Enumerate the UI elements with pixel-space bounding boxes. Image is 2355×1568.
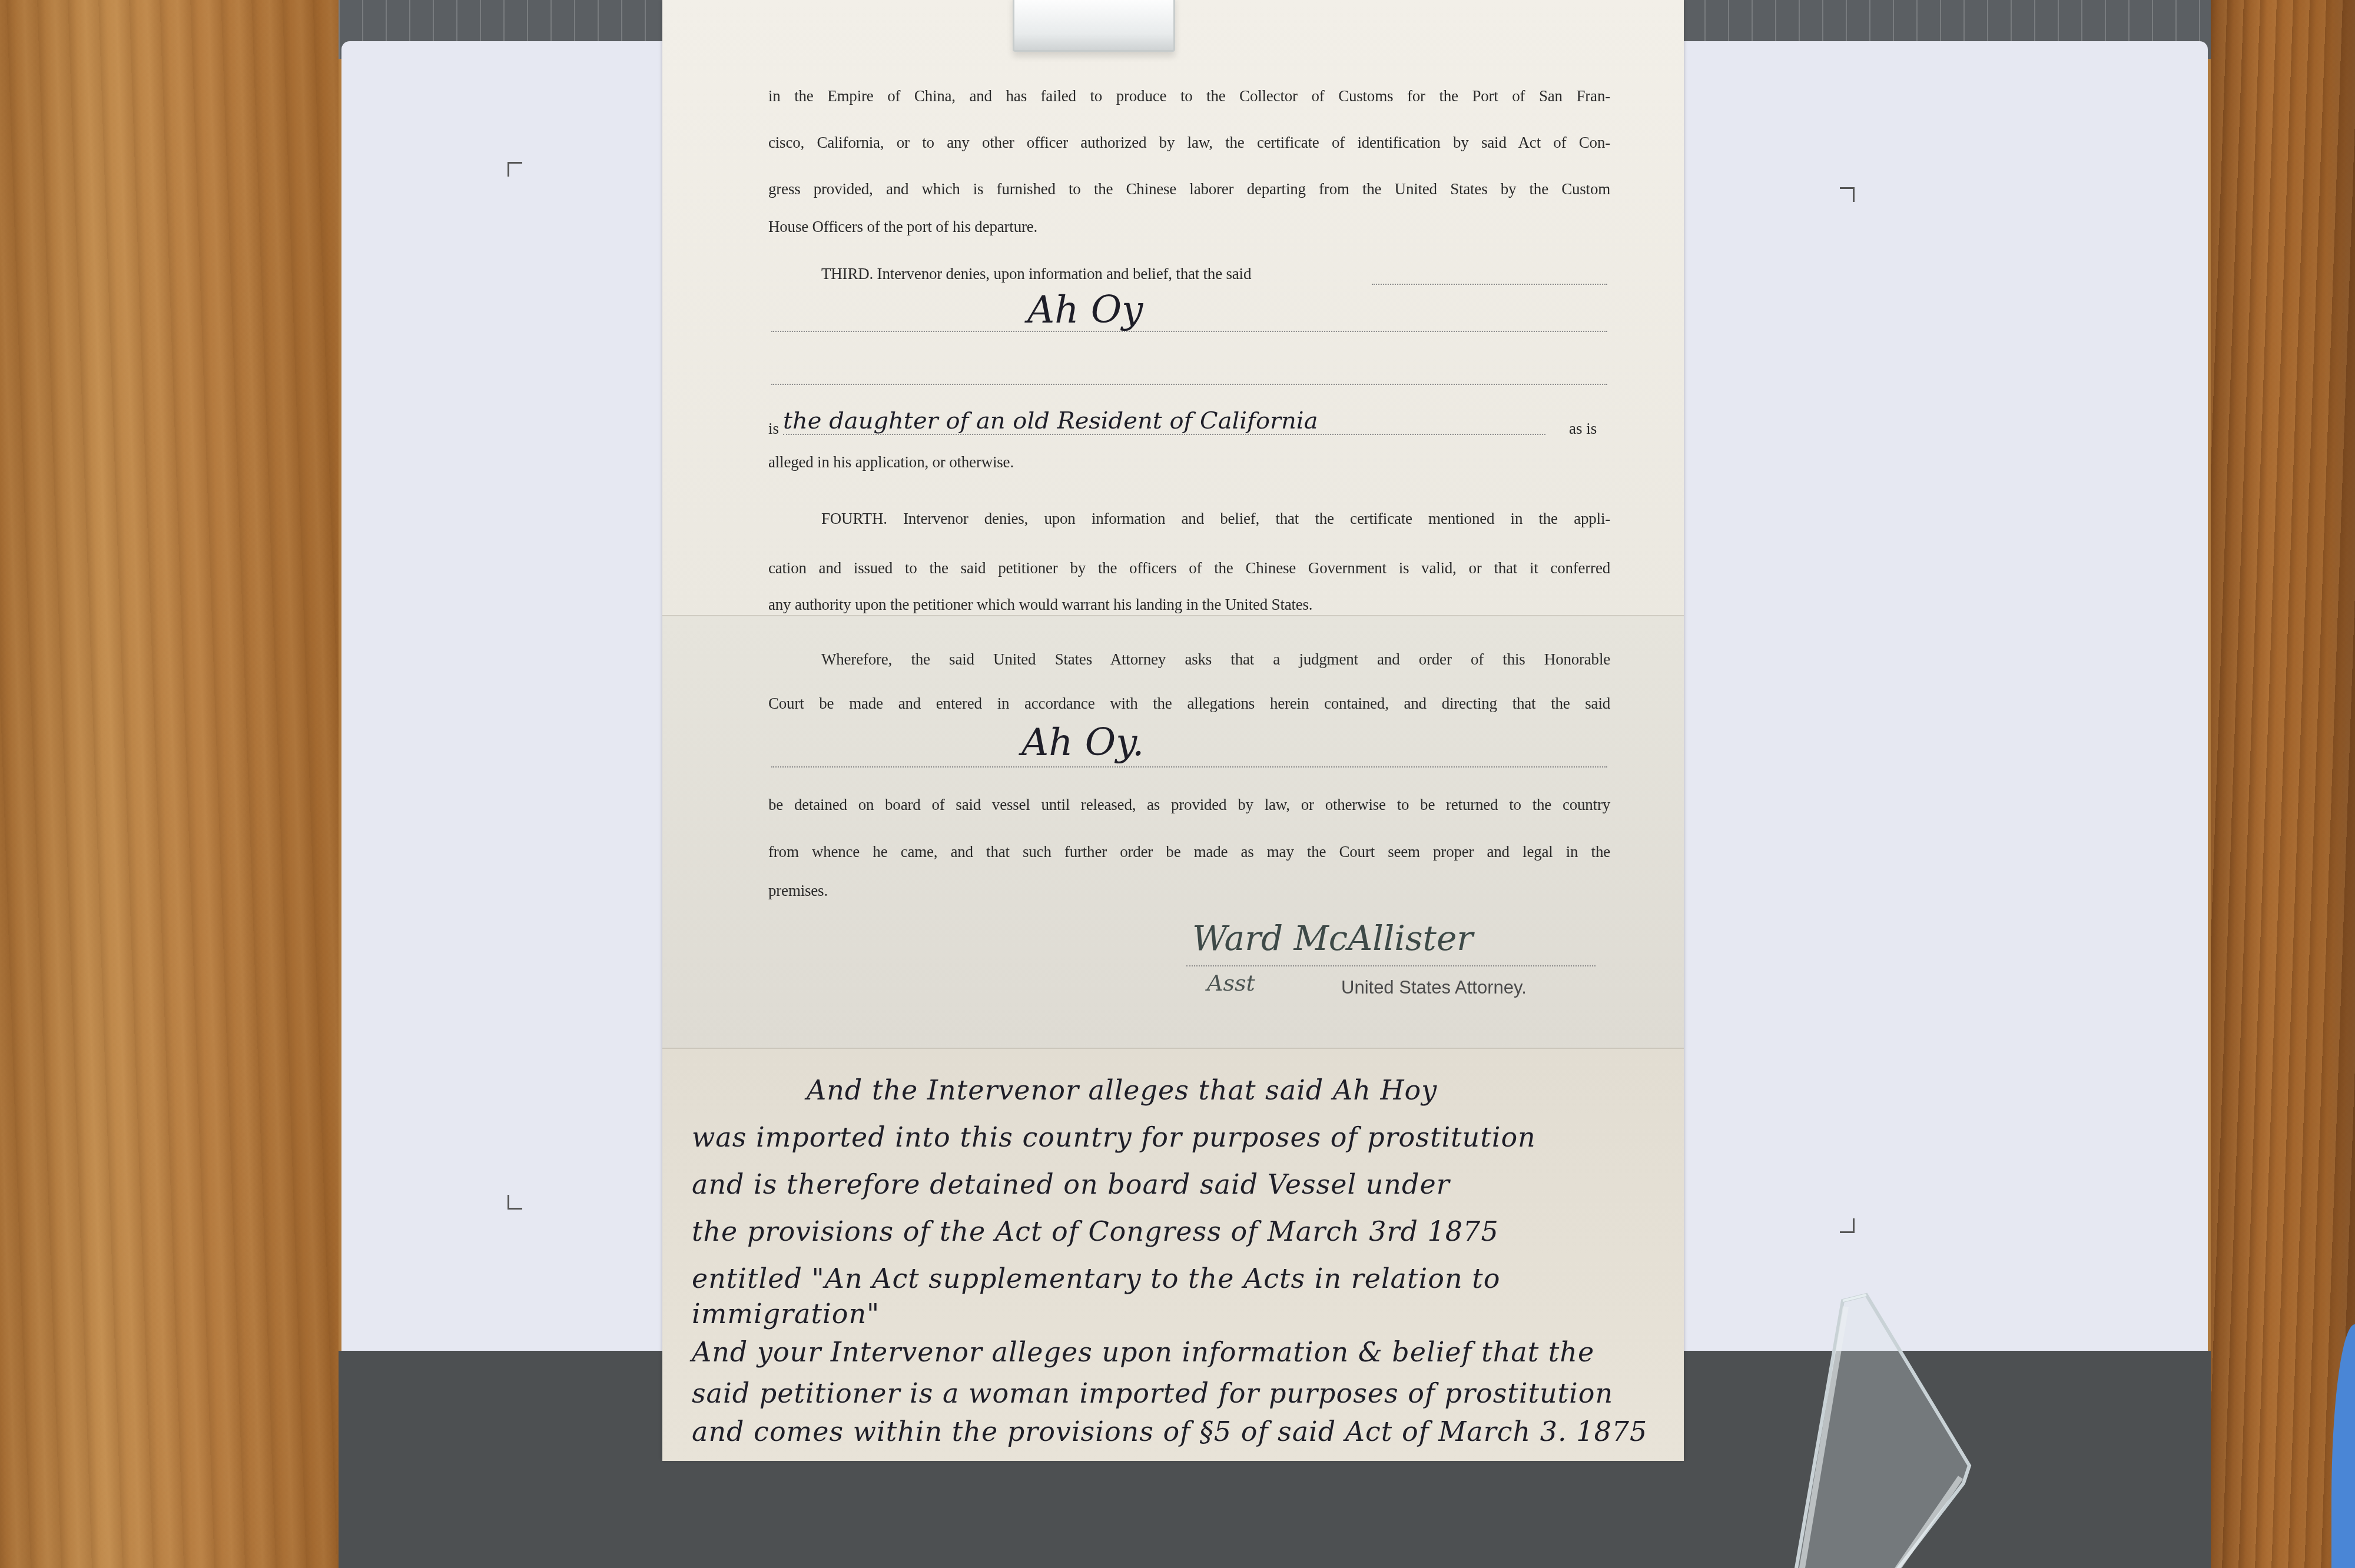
printed-line: be detained on board of said vessel unti… — [768, 796, 1610, 814]
printed-line: cation and issued to the said petitioner… — [768, 559, 1610, 577]
crop-corner-mark — [508, 1195, 522, 1210]
handwritten-line: entitled "An Act supplementary to the Ac… — [692, 1263, 1681, 1294]
printed-line: cisco, California, or to any other offic… — [768, 134, 1610, 152]
document-panel-middle — [662, 615, 1684, 1049]
handwritten-line: the provisions of the Act of Congress of… — [692, 1215, 1681, 1247]
printed-is: is — [768, 420, 779, 438]
handwritten-line: immigration" — [692, 1298, 1681, 1330]
printed-line: from whence he came, and that such furth… — [768, 843, 1610, 861]
printed-line: gress provided, and which is furnished t… — [768, 180, 1610, 198]
handwritten-name: Ah Oy — [1027, 288, 1143, 332]
signature-title: United States Attorney. — [1341, 977, 1527, 998]
handwritten-line: and comes within the provisions of §5 of… — [692, 1416, 1681, 1447]
printed-line: any authority upon the petitioner which … — [768, 596, 1610, 614]
fill-line — [1372, 284, 1607, 285]
third-lead: THIRD. Intervenor denies, upon informati… — [821, 265, 1251, 283]
signature-line — [1186, 965, 1596, 966]
handwritten-line: was imported into this country for purpo… — [692, 1121, 1681, 1153]
handwritten-line: said petitioner is a woman imported for … — [692, 1377, 1681, 1409]
fill-line — [771, 384, 1607, 385]
handwritten-third-fill: the daughter of an old Resident of Calif… — [783, 407, 1318, 434]
handwritten-line: and is therefore detained on board said … — [692, 1168, 1681, 1200]
acrylic-weight-top — [1013, 0, 1175, 52]
printed-line: Wherefore, the said United States Attorn… — [821, 650, 1610, 669]
signature-prefix: Asst — [1207, 970, 1255, 996]
fill-line — [771, 766, 1607, 768]
printed-line: House Officers of the port of his depart… — [768, 218, 1610, 236]
fill-line — [771, 331, 1607, 332]
signature: Ward McAllister — [1192, 918, 1473, 958]
printed-line: FOURTH. Intervenor denies, upon informat… — [821, 510, 1610, 528]
wooden-table-right — [2211, 0, 2355, 1568]
printed-line: Court be made and entered in accordance … — [768, 695, 1610, 713]
printed-line: in the Empire of China, and has failed t… — [768, 87, 1610, 105]
printed-as-is: as is — [1569, 420, 1597, 438]
printed-line: alleged in his application, or otherwise… — [768, 453, 1610, 471]
crop-corner-mark — [1840, 187, 1855, 202]
handwritten-line: And your Intervenor alleges upon informa… — [692, 1336, 1681, 1368]
handwritten-name: Ah Oy. — [1021, 721, 1144, 765]
printed-line: premises. — [768, 882, 1610, 900]
crop-corner-mark — [1840, 1218, 1855, 1233]
wooden-table-left — [0, 0, 339, 1568]
handwritten-line: And the Intervenor alleges that said Ah … — [807, 1074, 1796, 1106]
crop-corner-mark — [508, 162, 522, 177]
